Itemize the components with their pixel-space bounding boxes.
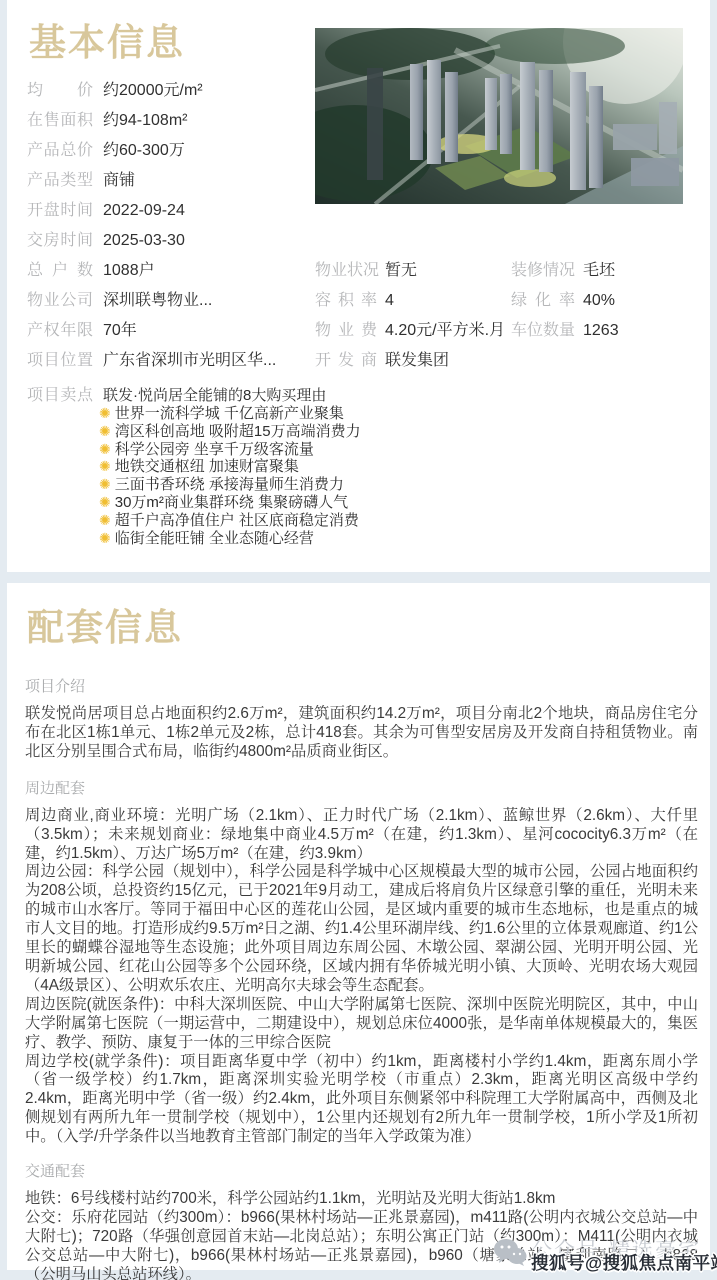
kv-label: 项目位置 — [27, 346, 93, 376]
kv-label: 交房时间 — [27, 226, 93, 256]
kv-label: 车位数量 — [511, 316, 575, 346]
selling-point-text: 科学公园旁 坐享千万级客流量 — [115, 441, 314, 458]
selling-points: 项目卖点 联发·悦尚居全能铺的8大购买理由 ✺世界一流科学城 千亿高新产业聚集 … — [7, 386, 697, 547]
selling-point-item: ✺临街全能旺铺 全业态随心经营 — [99, 530, 697, 548]
kv-value: 深圳联粤物业... — [103, 292, 212, 309]
property-info-page: 基本信息 — [0, 0, 717, 1280]
project-intro-tag: 项目介绍 — [25, 675, 698, 696]
kv-value: 1263 — [583, 322, 619, 339]
star-icon: ✺ — [99, 530, 111, 546]
kv-value: 4 — [385, 292, 394, 309]
kv-row-product-type: 产品类型商铺 — [7, 166, 710, 196]
selling-points-list: ✺世界一流科学城 千亿高新产业聚集 ✺湾区科创高地 吸附超15万高端消费力 ✺科… — [99, 405, 697, 547]
traffic-metro-paragraph: 地铁：6号线楼村站约700米，科学公园站约1.1km，光明站及光明大街站1.8k… — [25, 1190, 698, 1209]
kv-label: 产品类型 — [27, 166, 93, 196]
kv-label: 物业状况 — [315, 256, 377, 286]
kv-value: 2025-03-30 — [103, 232, 185, 249]
kv-value: 约20000元/m² — [103, 82, 203, 99]
selling-point-text: 超千户高净值住户 社区底商稳定消费 — [115, 512, 359, 529]
selling-point-text: 地铁交通枢纽 加速财富聚集 — [115, 458, 299, 475]
selling-points-label: 项目卖点 — [27, 386, 93, 405]
surrounding-parks-paragraph: 周边公园：科学公园（规划中），科学公园是科学城中心区规模最大型的城市公园，公园占… — [25, 863, 698, 995]
selling-point-text: 湾区科创高地 吸附超15万高端消费力 — [115, 423, 361, 440]
traffic-tag: 交通配套 — [25, 1160, 698, 1181]
selling-point-item: ✺30万m²商业集群环绕 集聚磅礴人气 — [99, 494, 697, 512]
kv-label: 物业费 — [315, 316, 377, 346]
selling-point-text: 临街全能旺铺 全业态随心经营 — [115, 530, 314, 547]
basic-info-title: 基本信息 — [29, 12, 185, 66]
kv-label: 物业公司 — [27, 286, 93, 316]
kv-value: 1088户 — [103, 262, 155, 279]
basic-info-card: 基本信息 — [7, 0, 710, 572]
kv-value: 4.20元/平方米.月 — [385, 322, 505, 339]
sohu-watermark-text: 搜狐号@搜狐焦点南平站 — [531, 1250, 717, 1275]
star-icon: ✺ — [99, 476, 111, 492]
kv-value: 约60-300万 — [103, 142, 185, 159]
surrounding-business-paragraph: 周边商业,商业环境：光明广场（2.1km）、正力时代广场（2.1km）、蓝鲸世界… — [25, 807, 698, 864]
kv-row-delivery-date: 交房时间2025-03-30 — [7, 226, 710, 256]
kv-row-property-company: 物业公司深圳联粤物业... 容积率4 绿化率40% — [7, 286, 710, 316]
selling-point-item: ✺湾区科创高地 吸附超15万高端消费力 — [99, 423, 697, 441]
kv-label: 产品总价 — [27, 136, 93, 166]
kv-row-price: 均价约20000元/m² — [7, 76, 710, 106]
wechat-icon — [493, 1238, 527, 1266]
amenities-title: 配套信息 — [27, 597, 698, 651]
kv-label: 总户数 — [27, 256, 93, 286]
star-icon: ✺ — [99, 458, 111, 474]
surrounding-schools-paragraph: 周边学校(就学条件)：项目距离华夏中学（初中）约1km，距离楼村小学约1.4km… — [25, 1053, 698, 1148]
kv-label: 开发商 — [315, 346, 377, 376]
kv-label: 开盘时间 — [27, 196, 93, 226]
kv-value: 毛坯 — [583, 262, 615, 279]
basic-info-rows: 均价约20000元/m² 在售面积约94-108m² 产品总价约60-300万 … — [7, 76, 710, 376]
selling-point-text: 世界一流科学城 千亿高新产业聚集 — [115, 405, 344, 422]
kv-row-households: 总户数1088户 物业状况暂无 装修情况毛坯 — [7, 256, 710, 286]
kv-value: 联发集团 — [385, 352, 449, 369]
kv-value: 40% — [583, 292, 615, 309]
kv-row-area: 在售面积约94-108m² — [7, 106, 710, 136]
kv-row-location: 项目位置广东省深圳市光明区华... 开发商联发集团 — [7, 346, 710, 376]
selling-point-item: ✺超千户高净值住户 社区底商稳定消费 — [99, 512, 697, 530]
kv-row-ownership: 产权年限70年 物业费4.20元/平方米.月 车位数量1263 — [7, 316, 710, 346]
kv-row-open-date: 开盘时间2022-09-24 — [7, 196, 710, 226]
kv-value: 约94-108m² — [103, 112, 187, 129]
selling-point-text: 30万m²商业集群环绕 集聚磅礴人气 — [115, 494, 348, 511]
selling-points-headline: 联发·悦尚居全能铺的8大购买理由 — [103, 386, 697, 405]
kv-label: 容积率 — [315, 286, 377, 316]
selling-point-item: ✺科学公园旁 坐享千万级客流量 — [99, 441, 697, 459]
selling-point-item: ✺三面书香环绕 承接海量师生消费力 — [99, 476, 697, 494]
surrounding-hospitals-paragraph: 周边医院(就医条件)：中科大深圳医院、中山大学附属第七医院、深圳中医院光明院区，… — [25, 996, 698, 1053]
kv-row-total-price: 产品总价约60-300万 — [7, 136, 710, 166]
surrounding-tag: 周边配套 — [25, 777, 698, 798]
star-icon: ✺ — [99, 494, 111, 510]
project-intro-paragraph: 联发悦尚居项目总占地面积约2.6万m²，建筑面积约14.2万m²，项目分南北2个… — [25, 705, 698, 762]
kv-value: 商铺 — [103, 172, 135, 189]
kv-value: 70年 — [103, 322, 137, 339]
star-icon: ✺ — [99, 405, 111, 421]
kv-label: 装修情况 — [511, 256, 575, 286]
selling-point-item: ✺世界一流科学城 千亿高新产业聚集 — [99, 405, 697, 423]
kv-value: 2022-09-24 — [103, 202, 185, 219]
kv-label: 绿化率 — [511, 286, 575, 316]
kv-value: 广东省深圳市光明区华... — [103, 352, 276, 369]
star-icon: ✺ — [99, 512, 111, 528]
selling-point-item: ✺地铁交通枢纽 加速财富聚集 — [99, 458, 697, 476]
kv-label: 产权年限 — [27, 316, 93, 346]
star-icon: ✺ — [99, 423, 111, 439]
kv-label: 均价 — [27, 76, 93, 106]
amenities-card: 配套信息 项目介绍 联发悦尚居项目总占地面积约2.6万m²，建筑面积约14.2万… — [7, 583, 710, 1270]
star-icon: ✺ — [99, 441, 111, 457]
kv-value: 暂无 — [385, 262, 417, 279]
kv-label: 在售面积 — [27, 106, 93, 136]
selling-point-text: 三面书香环绕 承接海量师生消费力 — [115, 476, 344, 493]
